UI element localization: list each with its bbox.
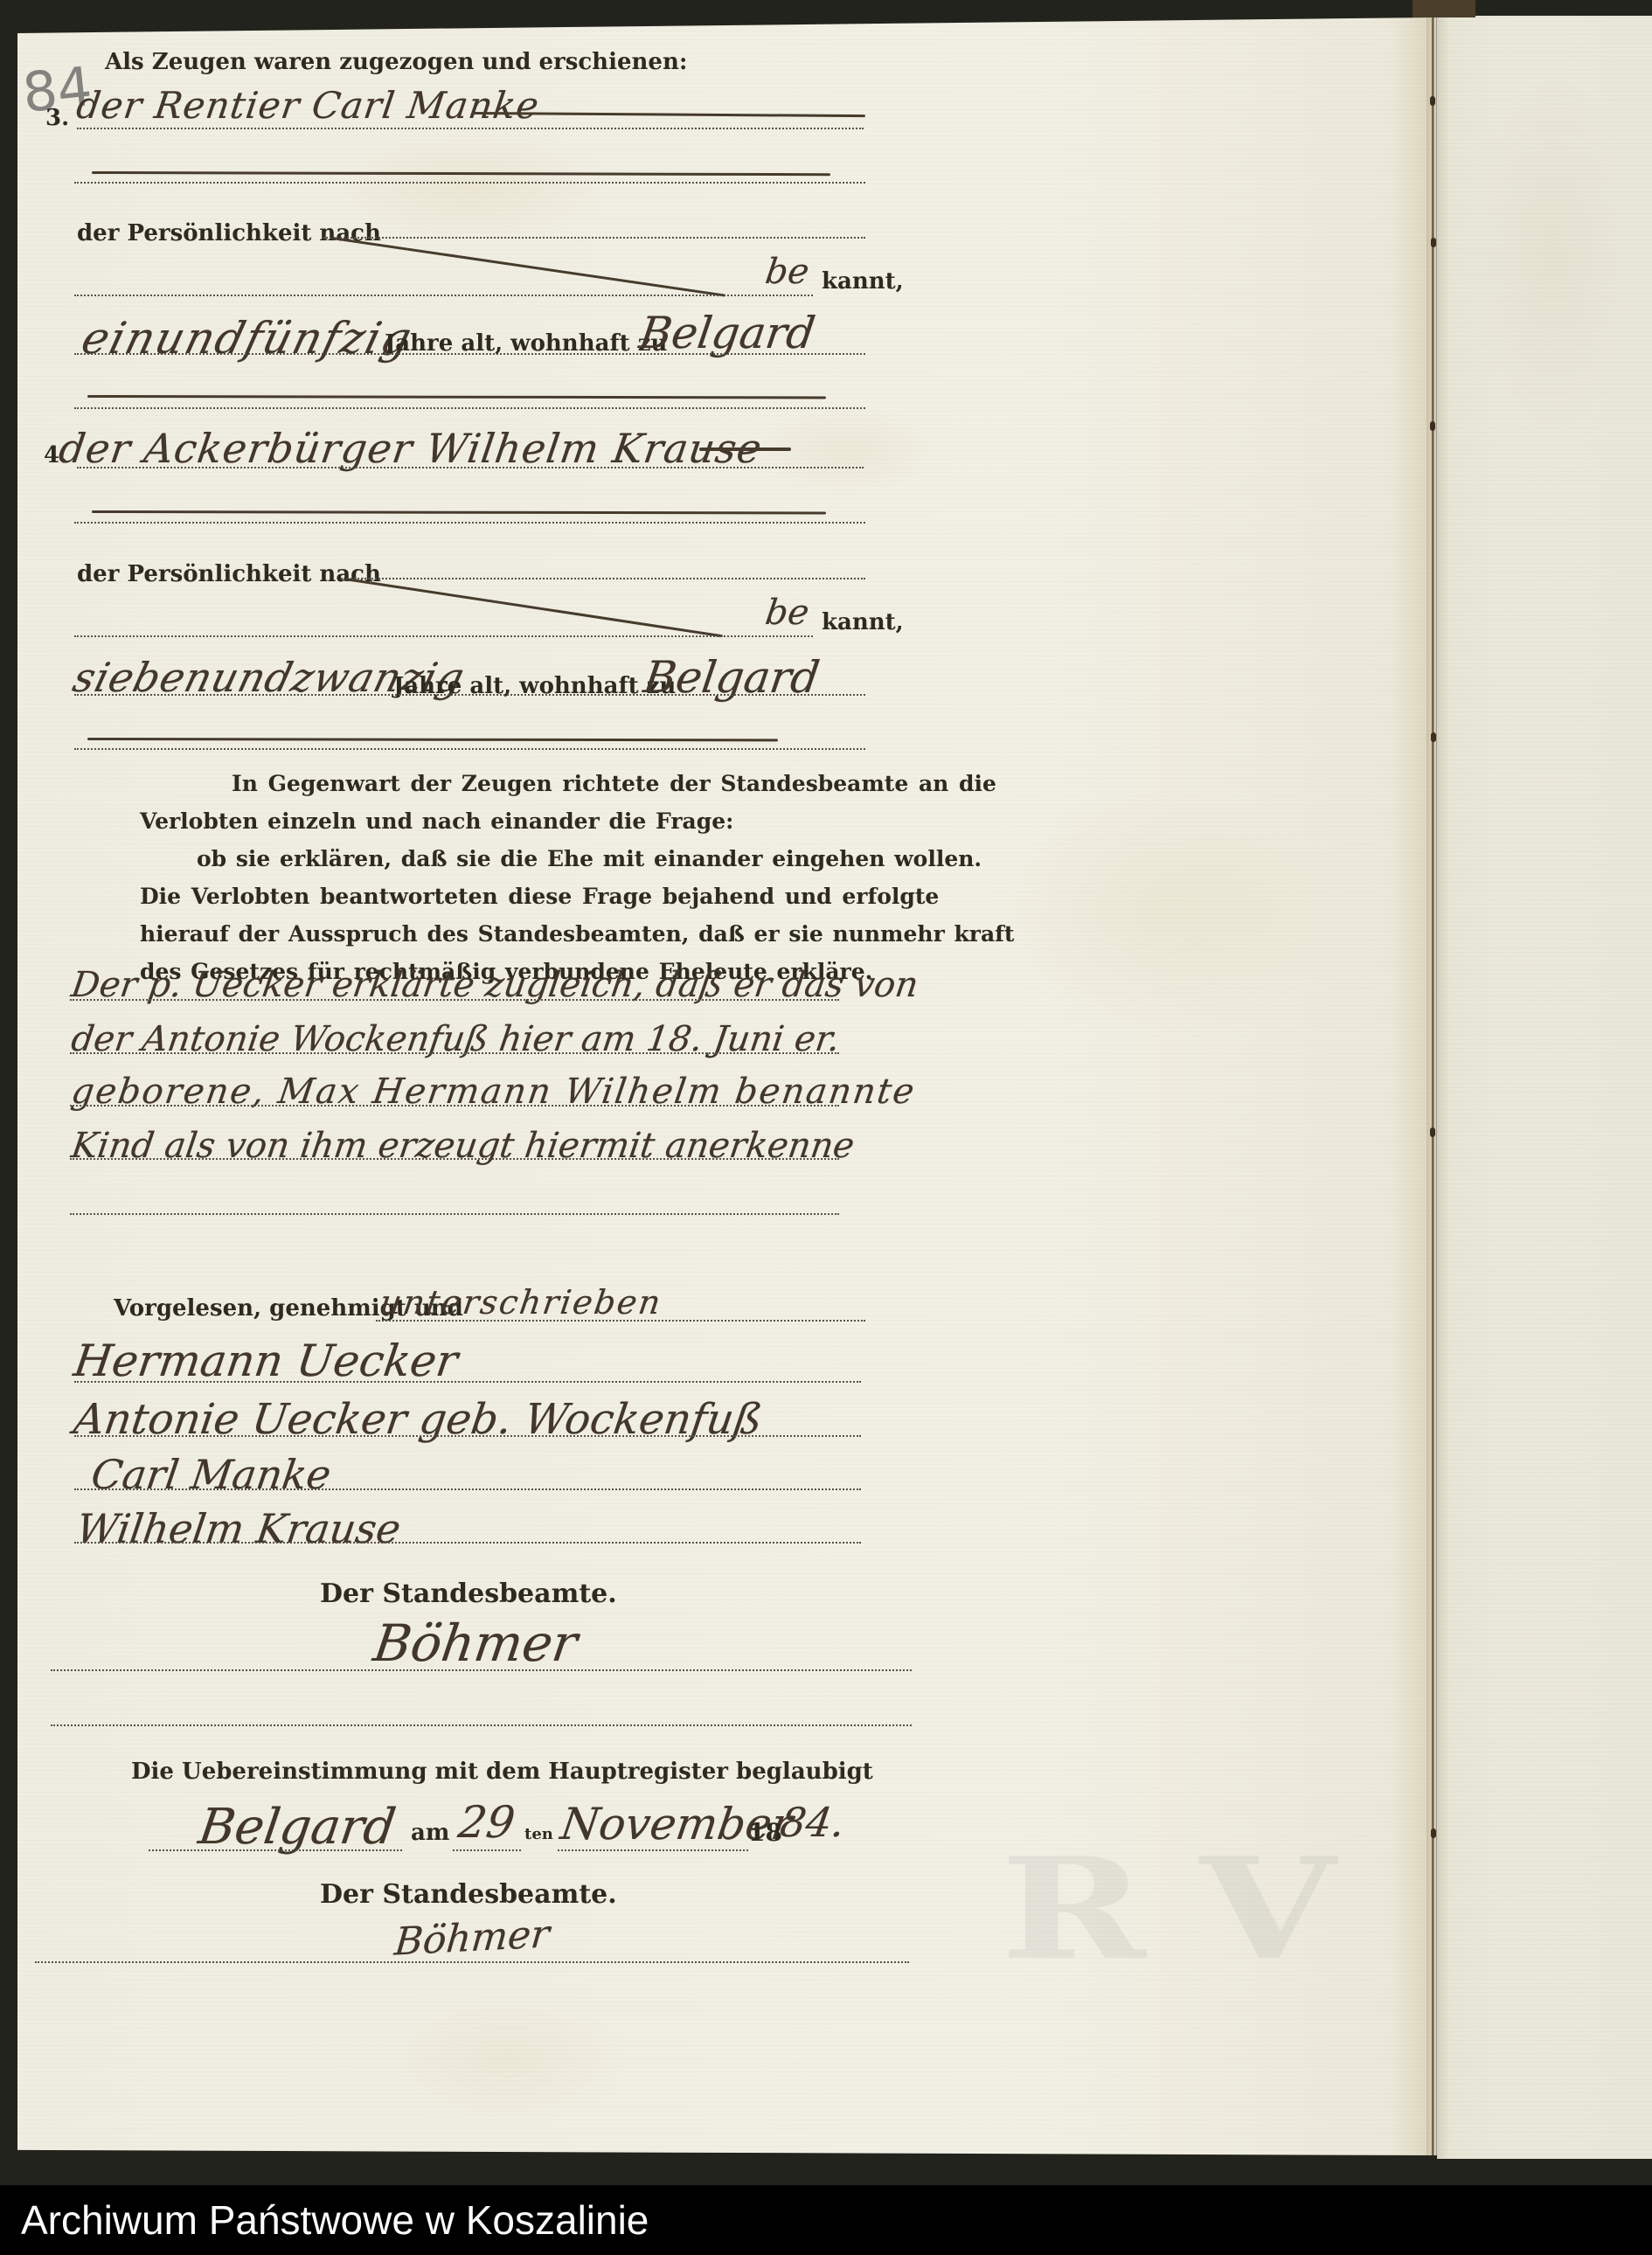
register-page-right xyxy=(1437,16,1652,2159)
ceremony-line-4: Die Verlobten beantworteten diese Frage … xyxy=(140,884,939,909)
witness-4-name: der Ackerbürger Wilhelm Krause xyxy=(56,425,765,472)
certification-day: 29 xyxy=(455,1797,518,1848)
dotted-rule xyxy=(149,1849,402,1851)
binding-stitch xyxy=(1430,96,1435,106)
dotted-rule xyxy=(70,1213,839,1215)
registrar-title-2: Der Standesbeamte. xyxy=(320,1879,617,1910)
witness-heading: Als Zeugen waren zugezogen und erschiene… xyxy=(105,49,687,75)
dotted-rule xyxy=(74,295,813,296)
witness-3-residence: Belgard xyxy=(636,308,818,358)
dotted-rule xyxy=(51,1724,912,1726)
binding-stitch xyxy=(1431,238,1436,247)
dotted-rule xyxy=(74,635,813,637)
dotted-rule xyxy=(70,1158,839,1160)
certification-am: am xyxy=(411,1820,449,1846)
dotted-rule xyxy=(74,1488,861,1490)
dotted-rule xyxy=(453,1849,521,1851)
dotted-rule xyxy=(341,578,865,579)
dotted-rule xyxy=(74,353,865,355)
certification-year: 84. xyxy=(777,1799,848,1846)
witness-3-age: einundfünfzig xyxy=(77,313,418,364)
certification-ten: ten xyxy=(524,1825,553,1843)
binding-stitch xyxy=(1431,732,1436,742)
registrar-title: Der Standesbeamte. xyxy=(320,1578,617,1609)
signature-groom: Hermann Uecker xyxy=(71,1336,461,1386)
archive-footer-bar: Archiwum Państwowe w Koszalinie xyxy=(0,2185,1652,2255)
dotted-rule xyxy=(74,407,865,409)
dotted-rule xyxy=(74,182,865,184)
signature-witness-4: Wilhelm Krause xyxy=(73,1505,404,1552)
bleedthrough-watermark: RV xyxy=(1001,1827,1396,1991)
ceremony-line-2: Verlobten einzeln und nach einander die … xyxy=(140,808,733,834)
dotted-rule xyxy=(70,1105,839,1107)
dotted-rule xyxy=(74,1542,861,1544)
dotted-rule xyxy=(558,1849,748,1851)
dotted-rule xyxy=(74,748,865,750)
registrar-signature: Böhmer xyxy=(370,1613,581,1673)
signature-witness-3: Carl Manke xyxy=(88,1451,334,1498)
ceremony-line-1: In Gegenwart der Zeugen richtete der Sta… xyxy=(232,771,996,796)
certification-place: Belgard xyxy=(195,1799,399,1856)
dotted-rule xyxy=(323,237,865,239)
witness-3-index: 3. xyxy=(45,105,69,131)
binding-tape xyxy=(1413,0,1475,17)
unterschrieben-entry: unterschrieben xyxy=(378,1283,664,1322)
dotted-rule xyxy=(74,1381,861,1383)
dotted-rule xyxy=(77,467,864,468)
witness-4-kannt: kannt, xyxy=(822,609,904,635)
certification-line: Die Uebereinstimmung mit dem Hauptregist… xyxy=(131,1759,873,1785)
witness-3-kannt: kannt, xyxy=(822,268,904,295)
persoenlichkeit-label-3: der Persönlichkeit nach xyxy=(77,220,381,246)
dotted-rule xyxy=(376,1320,865,1322)
ceremony-line-5: hierauf der Ausspruch des Standesbeamten… xyxy=(140,921,1014,947)
binding-stitch xyxy=(1430,421,1435,431)
dotted-rule xyxy=(74,1435,861,1437)
dotted-rule xyxy=(74,522,865,524)
witness-3-be: be xyxy=(763,252,812,292)
witness-4-be: be xyxy=(763,593,812,633)
document-scan: RV 84 Als Zeugen waren zugezogen und ers… xyxy=(0,0,1652,2255)
archive-footer-text: Archiwum Państwowe w Koszalinie xyxy=(0,2185,1652,2255)
dotted-rule xyxy=(70,1052,839,1054)
dotted-rule xyxy=(77,128,864,129)
dotted-rule xyxy=(51,1669,912,1671)
pen-filler-stroke xyxy=(699,448,791,451)
dotted-rule xyxy=(70,999,839,1001)
declaration-line-4: Kind als von ihm erzeugt hiermit anerken… xyxy=(69,1126,857,1166)
binding-stitch xyxy=(1431,1828,1436,1838)
persoenlichkeit-label-4: der Persönlichkeit nach xyxy=(77,561,381,587)
dotted-rule xyxy=(74,694,865,696)
binding-stitch xyxy=(1430,1127,1435,1137)
dotted-rule xyxy=(35,1961,909,1963)
registrar-signature-2: Böhmer xyxy=(392,1912,552,1964)
witness-3-name: der Rentier Carl Manke xyxy=(74,84,543,127)
ceremony-line-3: ob sie erklären, daß sie die Ehe mit ein… xyxy=(197,846,982,871)
